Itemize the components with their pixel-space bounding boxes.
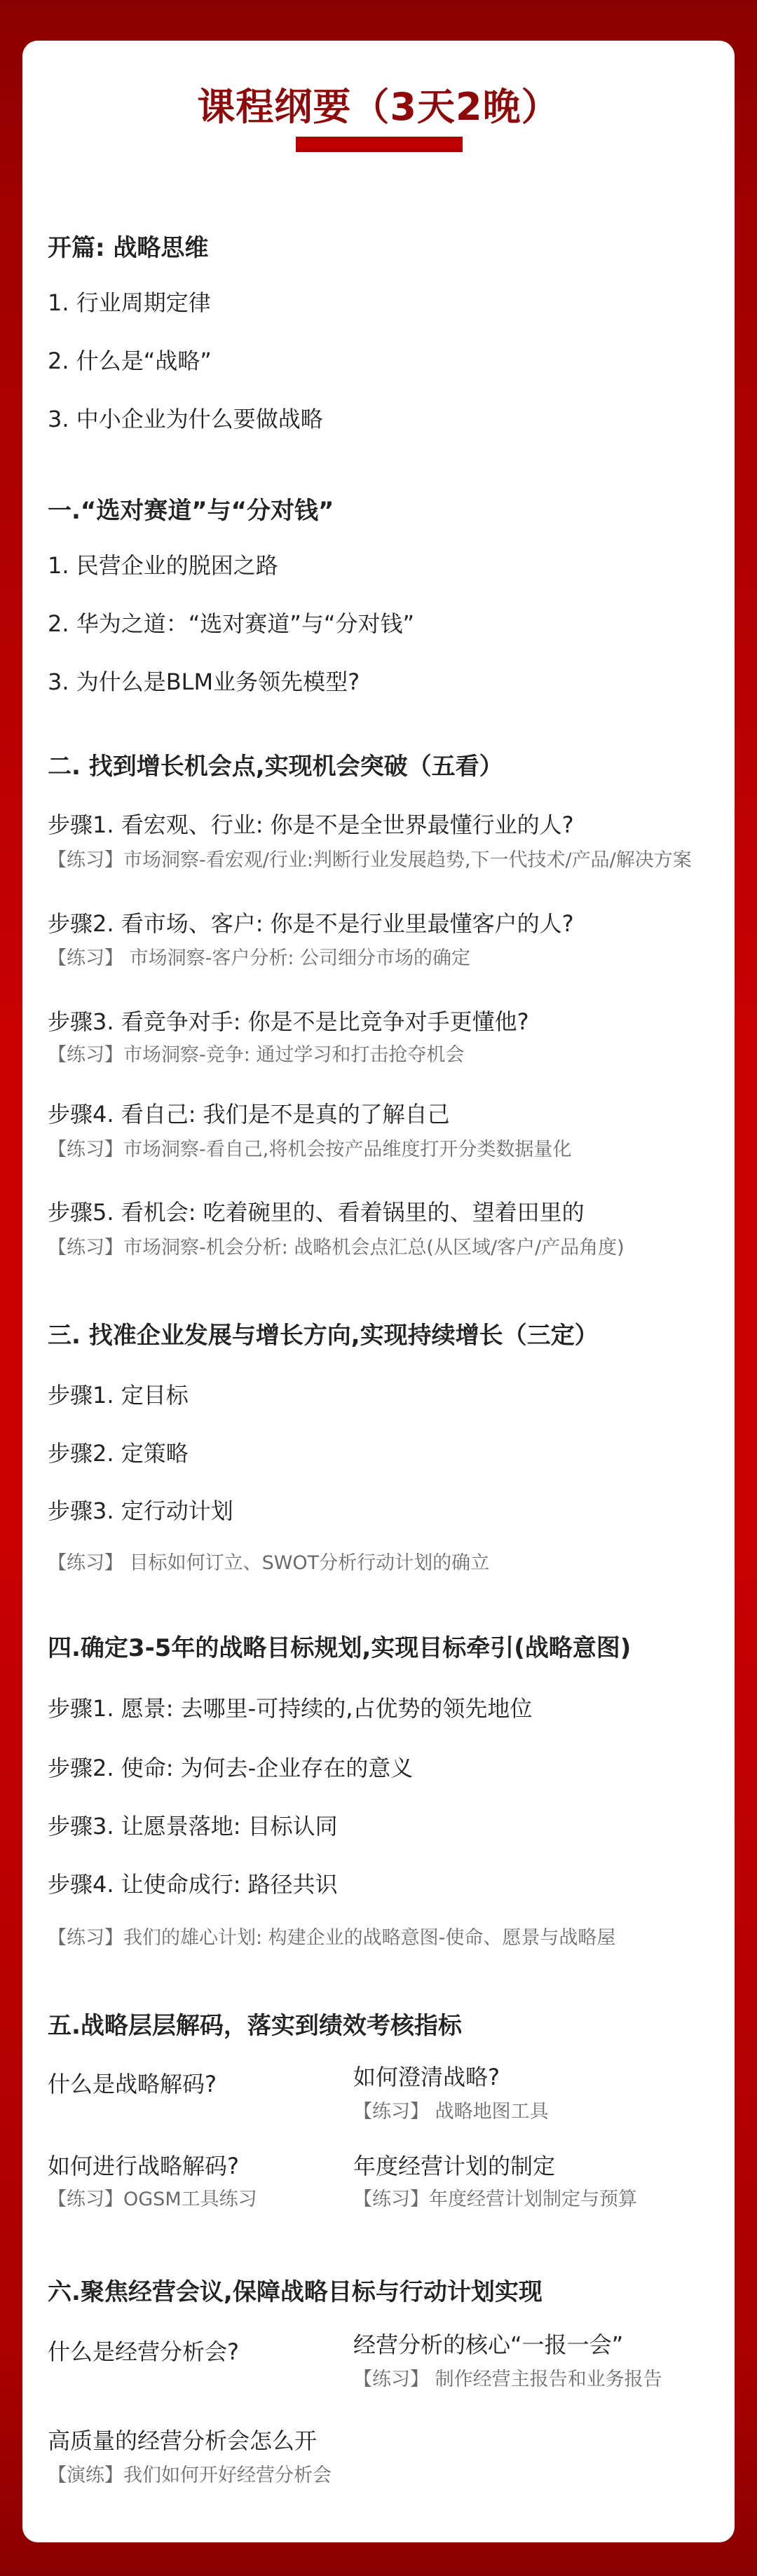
section-intro-heading: 开篇: 战略思维 [48,228,208,263]
section-5-heading: 五.战略层层解码，落实到绩效考核指标 [48,2006,462,2041]
s3-step: 步骤3. 定行动计划 [48,1493,233,1526]
s4-step: 步骤2. 使命: 为何去-企业存在的意义 [48,1751,413,1783]
s2-step-note: 【练习】 市场洞察-客户分析: 公司细分市场的确定 [48,943,470,970]
s4-step: 步骤4. 让使命成行: 路径共识 [48,1867,338,1899]
intro-item: 1. 行业周期定律 [48,285,211,317]
s1-item: 1. 民营企业的脱困之路 [48,548,278,580]
section-6-heading: 六.聚焦经营会议,保障战略目标与行动计划实现 [48,2273,543,2307]
s5-cell-title: 如何澄清战略? [353,2060,500,2092]
outline-card: 课程纲要（3天2晚） 开篇: 战略思维 1. 行业周期定律 2. 什么是“战略”… [22,41,735,2542]
intro-item: 2. 什么是“战略” [48,343,212,376]
s5-cell-title: 什么是战略解码? [48,2067,217,2099]
page-title: 课程纲要（3天2晚） [22,77,735,131]
s2-step: 步骤3. 看竞争对手: 你是不是比竞争对手更懂他? [48,1004,529,1036]
s2-step-note: 【练习】市场洞察-看自己,将机会按产品维度打开分类数据量化 [48,1134,571,1161]
s2-step: 步骤1. 看宏观、行业: 你是不是全世界最懂行业的人? [48,807,574,840]
s4-step: 步骤1. 愿景: 去哪里-可持续的,占优势的领先地位 [48,1691,532,1723]
s5-cell-title: 如何进行战略解码? [48,2149,239,2181]
s1-item: 3. 为什么是BLM业务领先模型? [48,664,360,697]
section-3-heading: 三. 找准企业发展与增长方向,实现持续增长（三定） [48,1316,599,1350]
s1-item: 2. 华为之道：“选对赛道”与“分对钱” [48,606,414,638]
s5-cell-title: 年度经营计划的制定 [353,2149,555,2181]
intro-item: 3. 中小企业为什么要做战略 [48,402,323,434]
s2-step: 步骤4. 看自己: 我们是不是真的了解自己 [48,1097,450,1129]
title-underline-bar [296,137,463,152]
s2-step: 步骤5. 看机会: 吃着碗里的、看着锅里的、望着田里的 [48,1195,585,1227]
section-1-heading: 一.“选对赛道”与“分对钱” [48,491,334,526]
s6-cell-note: 【演练】我们如何开好经营分析会 [48,2460,332,2487]
s5-cell-note: 【练习】 战略地图工具 [353,2096,549,2123]
s6-cell-title: 什么是经营分析会? [48,2334,239,2366]
s4-note: 【练习】我们的雄心计划: 构建企业的战略意图-使命、愿景与战略屋 [48,1922,615,1950]
s3-step: 步骤1. 定目标 [48,1378,189,1410]
s5-cell-note: 【练习】OGSM工具练习 [48,2184,257,2211]
s2-step-note: 【练习】市场洞察-看宏观/行业:判断行业发展趋势,下一代技术/产品/解决方案 [48,844,692,872]
s6-cell-note: 【练习】 制作经营主报告和业务报告 [353,2364,662,2391]
s6-cell-title: 经营分析的核心“一报一会” [353,2327,623,2359]
section-2-heading: 二. 找到增长机会点,实现机会突破（五看） [48,747,503,781]
s3-note: 【练习】 目标如何订立、SWOT分析行动计划的确立 [48,1547,489,1575]
s3-step: 步骤2. 定策略 [48,1436,189,1468]
s4-step: 步骤3. 让愿景落地: 目标认同 [48,1809,338,1841]
s5-cell-note: 【练习】年度经营计划制定与预算 [353,2184,637,2211]
s2-step-note: 【练习】市场洞察-竞争: 通过学习和打击抢夺机会 [48,1039,464,1067]
s2-step-note: 【练习】市场洞察-机会分析: 战略机会点汇总(从区域/客户/产品角度) [48,1232,625,1259]
s2-step: 步骤2. 看市场、客户: 你是不是行业里最懂客户的人? [48,906,574,938]
s6-cell-title: 高质量的经营分析会怎么开 [48,2423,317,2455]
section-4-heading: 四.确定3-5年的战略目标规划,实现目标牵引(战略意图) [48,1629,631,1663]
